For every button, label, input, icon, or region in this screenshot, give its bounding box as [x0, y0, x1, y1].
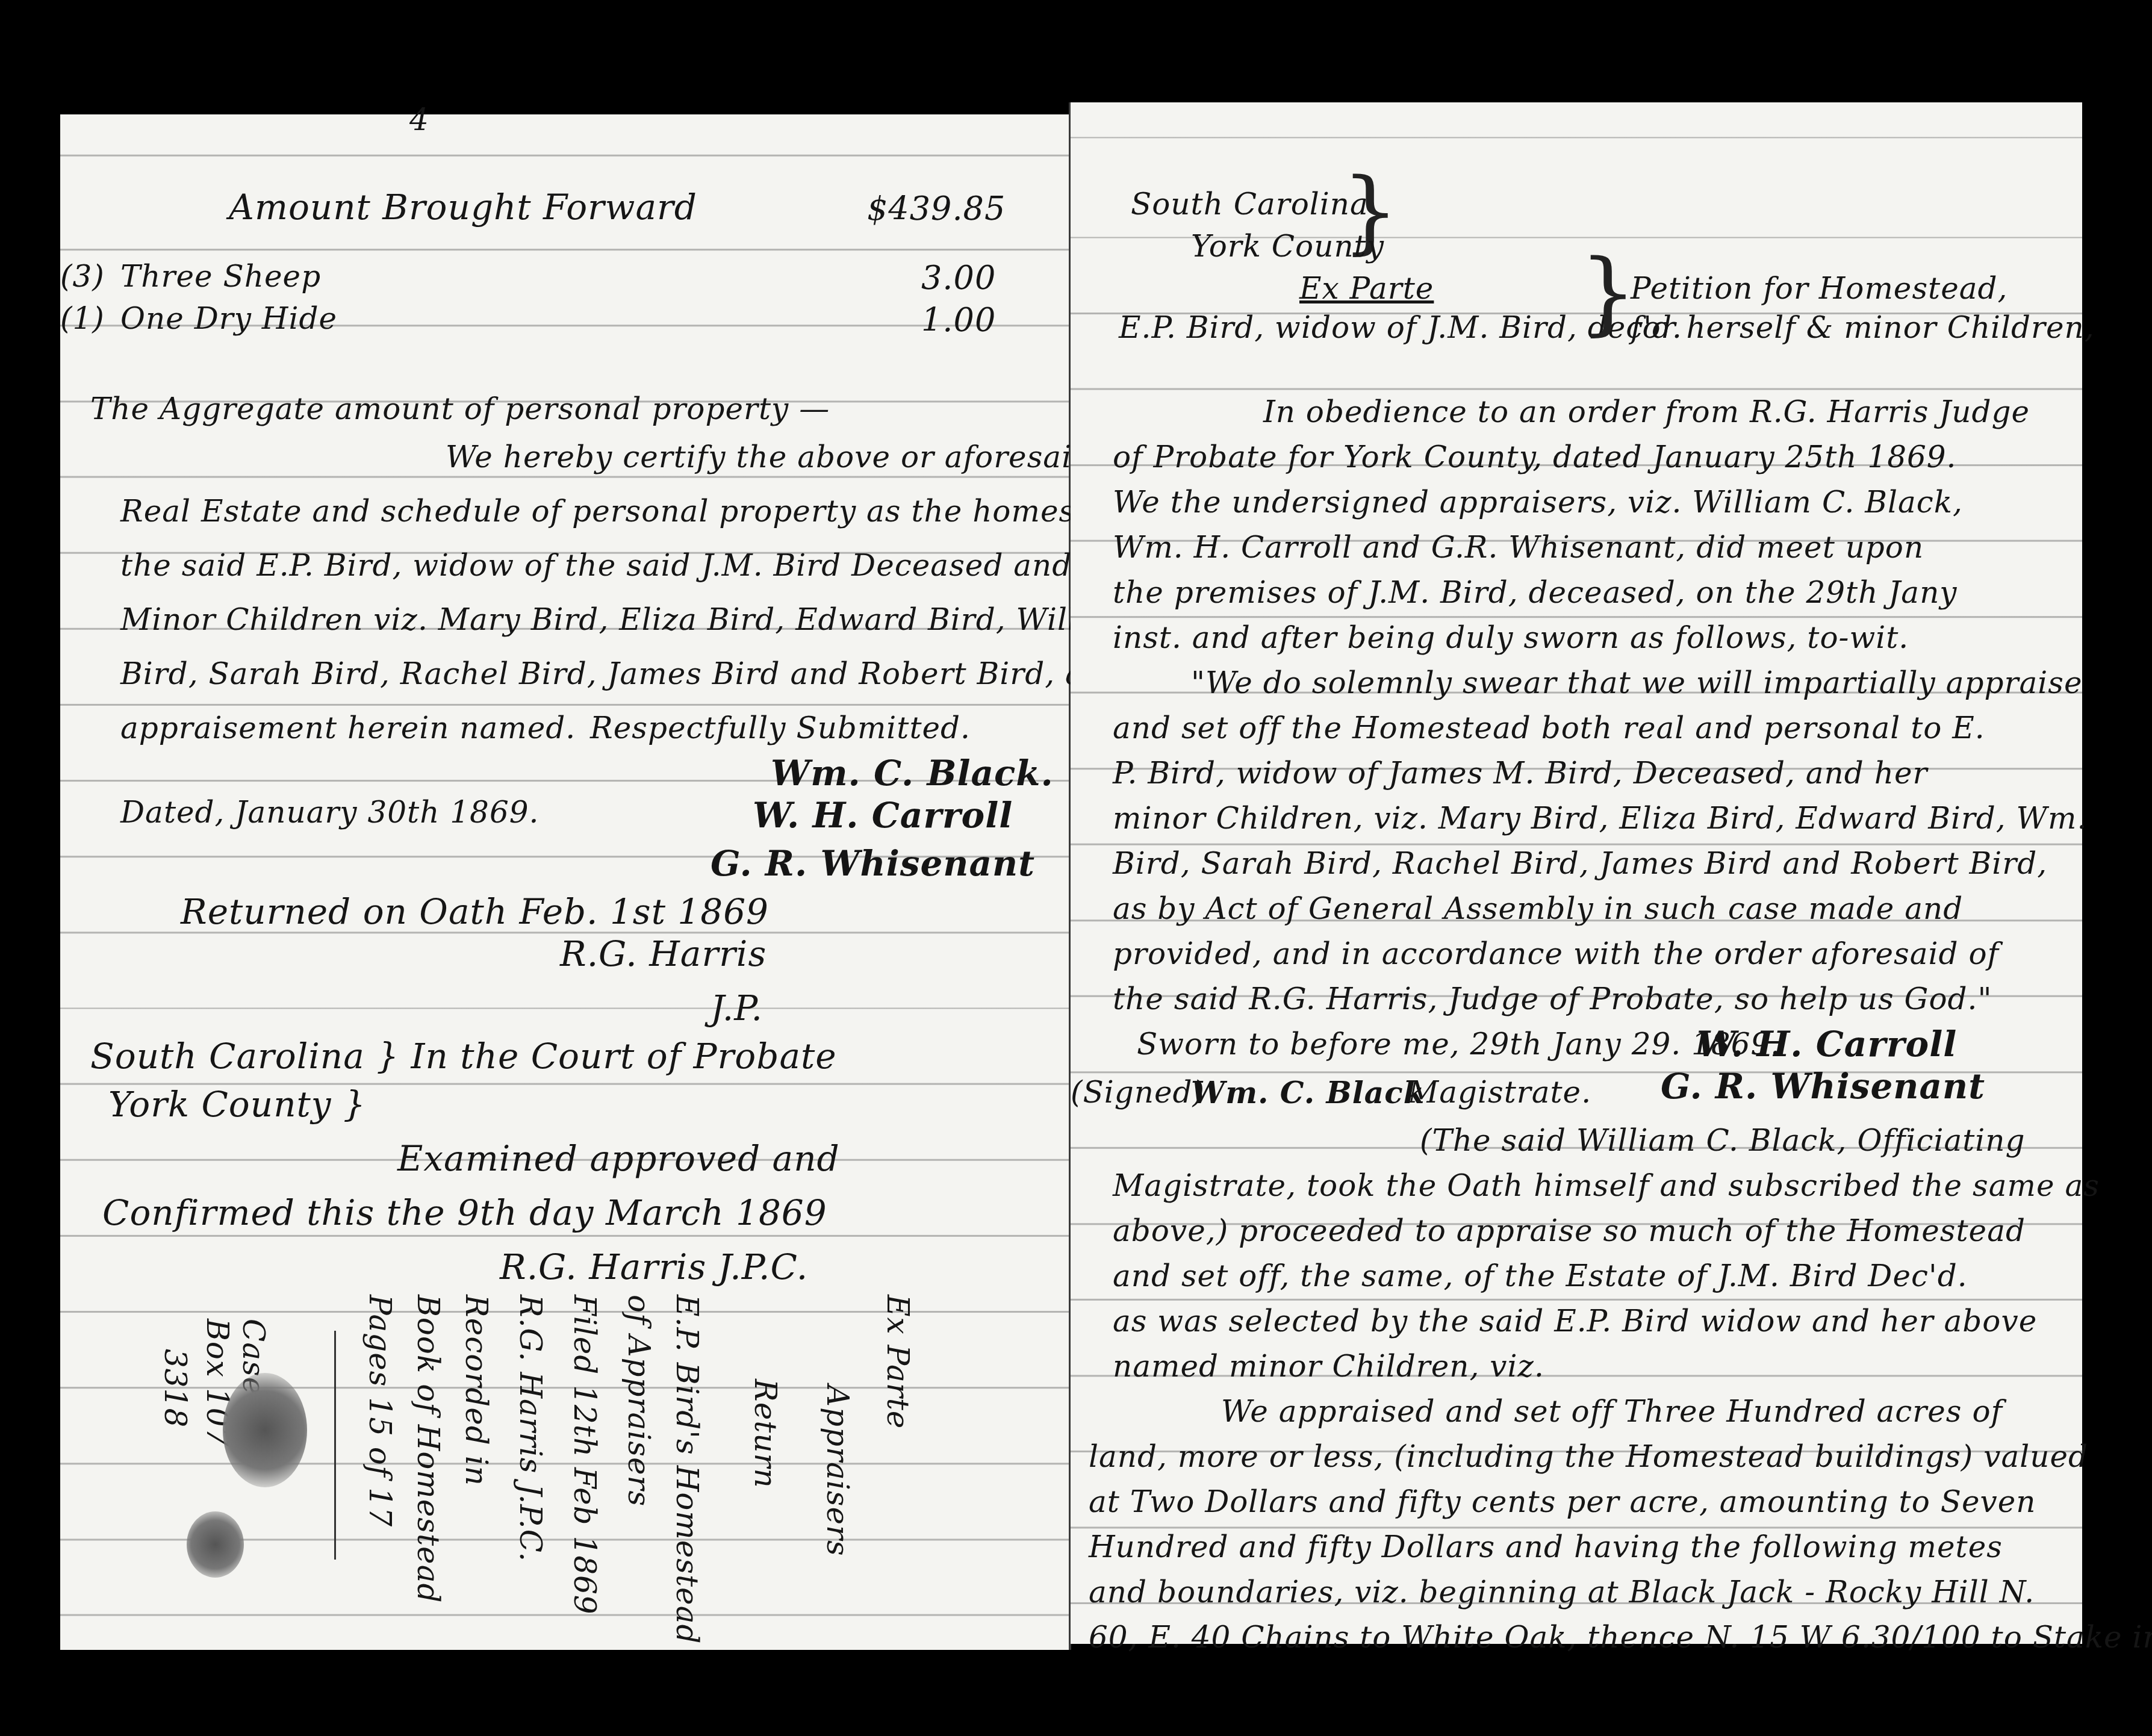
body-line: Bird, Sarah Bird, Rachel Bird, James Bir…	[1113, 846, 2047, 881]
signature-black: Wm. C. Black.	[771, 753, 1054, 794]
ledger-brought-forward-label: Amount Brought Forward	[229, 187, 697, 228]
body3-line: 60, E. 40 Chains to White Oak, thence N.…	[1089, 1620, 2152, 1655]
docket-line: Recorded in	[459, 1295, 494, 1486]
certification-line: Real Estate and schedule of personal pro…	[120, 494, 1185, 529]
body2-line: above,) proceeded to appraise so much of…	[1113, 1213, 2026, 1248]
docket-line: R.G. Harris J.P.C.	[513, 1295, 548, 1562]
left-page: 4 Amount Brought Forward $439.85 (3) Thr…	[60, 114, 1069, 1650]
body2-line: as was selected by the said E.P. Bird wi…	[1113, 1304, 2037, 1339]
body3-line: Hundred and fifty Dollars and having the…	[1089, 1529, 2003, 1564]
docket-line: E.P. Bird's Homestead	[670, 1295, 704, 1644]
body2-line: Magistrate, took the Oath himself and su…	[1113, 1168, 2100, 1203]
body2-line: and set off, the same, of the Estate of …	[1113, 1258, 1968, 1293]
body-line: Wm. H. Carroll and G.R. Whisenant, did m…	[1113, 530, 1924, 565]
body-line: as by Act of General Assembly in such ca…	[1113, 891, 1963, 926]
docket-rule	[334, 1331, 336, 1560]
ledger-item-label: One Dry Hide	[120, 301, 337, 336]
ledger-item-amount: 1.00	[921, 301, 996, 339]
body3-line: land, more or less, (including the Homes…	[1089, 1439, 2088, 1474]
signature-carroll: W. H. Carroll	[753, 795, 1013, 836]
appraiser-signature-whisenant: G. R. Whisenant	[1661, 1066, 1985, 1107]
body-line: the said R.G. Harris, Judge of Probate, …	[1113, 982, 1992, 1016]
body2-line: named minor Children, viz.	[1113, 1349, 1544, 1384]
caption-state: South Carolina	[1131, 187, 1369, 222]
caption-petition: Petition for Homestead,	[1631, 271, 2008, 306]
signed-prefix: (Signed)	[1071, 1075, 1205, 1110]
signature-whisenant: G. R. Whisenant	[711, 843, 1035, 884]
returned-signature: R.G. Harris	[560, 933, 767, 974]
examined-line: Examined approved and	[397, 1138, 840, 1179]
certification-line: the said E.P. Bird, widow of the said J.…	[120, 548, 1170, 583]
ledger-qty: (3)	[60, 259, 105, 294]
body-line: inst. and after being duly sworn as foll…	[1113, 620, 1909, 655]
dated-line: Dated, January 30th 1869.	[120, 795, 539, 830]
body-line: P. Bird, widow of James M. Bird, Decease…	[1113, 756, 1927, 791]
docket-line: Appraisers	[820, 1385, 855, 1557]
certification-line: Minor Children viz. Mary Bird, Eliza Bir…	[120, 602, 1136, 637]
certification-line: Bird, Sarah Bird, Rachel Bird, James Bir…	[120, 656, 1158, 691]
appraiser-signature-carroll: W. H. Carroll	[1697, 1024, 1957, 1065]
court-heading: South Carolina } In the Court of Probate	[90, 1036, 837, 1077]
ink-blot	[223, 1373, 307, 1487]
body-line: the premises of J.M. Bird, deceased, on …	[1113, 575, 1958, 610]
court-county: York County }	[108, 1084, 366, 1125]
docket-line: Ex Parte	[880, 1295, 915, 1429]
certification-line: We hereby certify the above or aforesaid	[446, 440, 1092, 474]
caption-ex-parte: Ex Parte	[1299, 271, 1434, 306]
body-line: We the undersigned appraisers, viz. Will…	[1113, 485, 1963, 520]
body3-line: at Two Dollars and fifty cents per acre,…	[1089, 1484, 2036, 1519]
body2-line: (The said William C. Black, Officiating	[1420, 1123, 2025, 1158]
signed-name: Wm. C. Black	[1191, 1075, 1425, 1110]
ledger-item-label: Three Sheep	[120, 259, 321, 294]
docket-line: Return	[748, 1379, 783, 1489]
returned-on-oath: Returned on Oath Feb. 1st 1869	[181, 891, 769, 932]
body-line: minor Children, viz. Mary Bird, Eliza Bi…	[1113, 801, 2087, 836]
caption-county: York County	[1191, 229, 1384, 264]
docket-line: Book of Homestead	[411, 1295, 446, 1604]
docket-line: Filed 12th Feb 1869	[567, 1295, 602, 1615]
docket-number: 3318	[158, 1349, 193, 1428]
docket-line: of Appraisers	[621, 1295, 656, 1507]
body3-line: and boundaries, viz. beginning at Black …	[1089, 1575, 2035, 1610]
petition-brace: }	[1579, 241, 1637, 346]
docket-line: Pages 15 of 17	[362, 1295, 397, 1527]
respectfully-submitted: Respectfully Submitted.	[590, 711, 971, 745]
body3-line: We appraised and set off Three Hundred a…	[1221, 1394, 2003, 1429]
body-line: of Probate for York County, dated Januar…	[1113, 440, 1957, 474]
caption-petition-for: for herself & minor Children,	[1631, 310, 2095, 345]
ledger-item-amount: 3.00	[921, 259, 996, 297]
returned-title: J.P.	[711, 988, 763, 1028]
certification-line: appraisement herein named.	[120, 711, 576, 745]
body-line: In obedience to an order from R.G. Harri…	[1263, 394, 2030, 429]
aggregate-line: The Aggregate amount of personal propert…	[90, 391, 830, 426]
body-line: and set off the Homestead both real and …	[1113, 711, 1985, 745]
ink-blot	[187, 1511, 244, 1578]
page-number: 4	[409, 102, 429, 137]
right-page: South Carolina } York County Ex Parte E.…	[1071, 102, 2082, 1644]
body-line: provided, and in accordance with the ord…	[1113, 936, 1999, 971]
ledger-qty: (1)	[60, 301, 105, 336]
confirmed-line: Confirmed this the 9th day March 1869	[102, 1192, 827, 1233]
body-line: "We do solemnly swear that we will impar…	[1191, 665, 2083, 700]
confirmed-signature: R.G. Harris J.P.C.	[500, 1246, 808, 1287]
magistrate-label: Magistrate.	[1408, 1075, 1591, 1110]
sworn-line: Sworn to before me, 29th Jany 29. 1869.	[1137, 1027, 1780, 1062]
ledger-brought-forward-amount: $439.85	[867, 190, 1006, 228]
